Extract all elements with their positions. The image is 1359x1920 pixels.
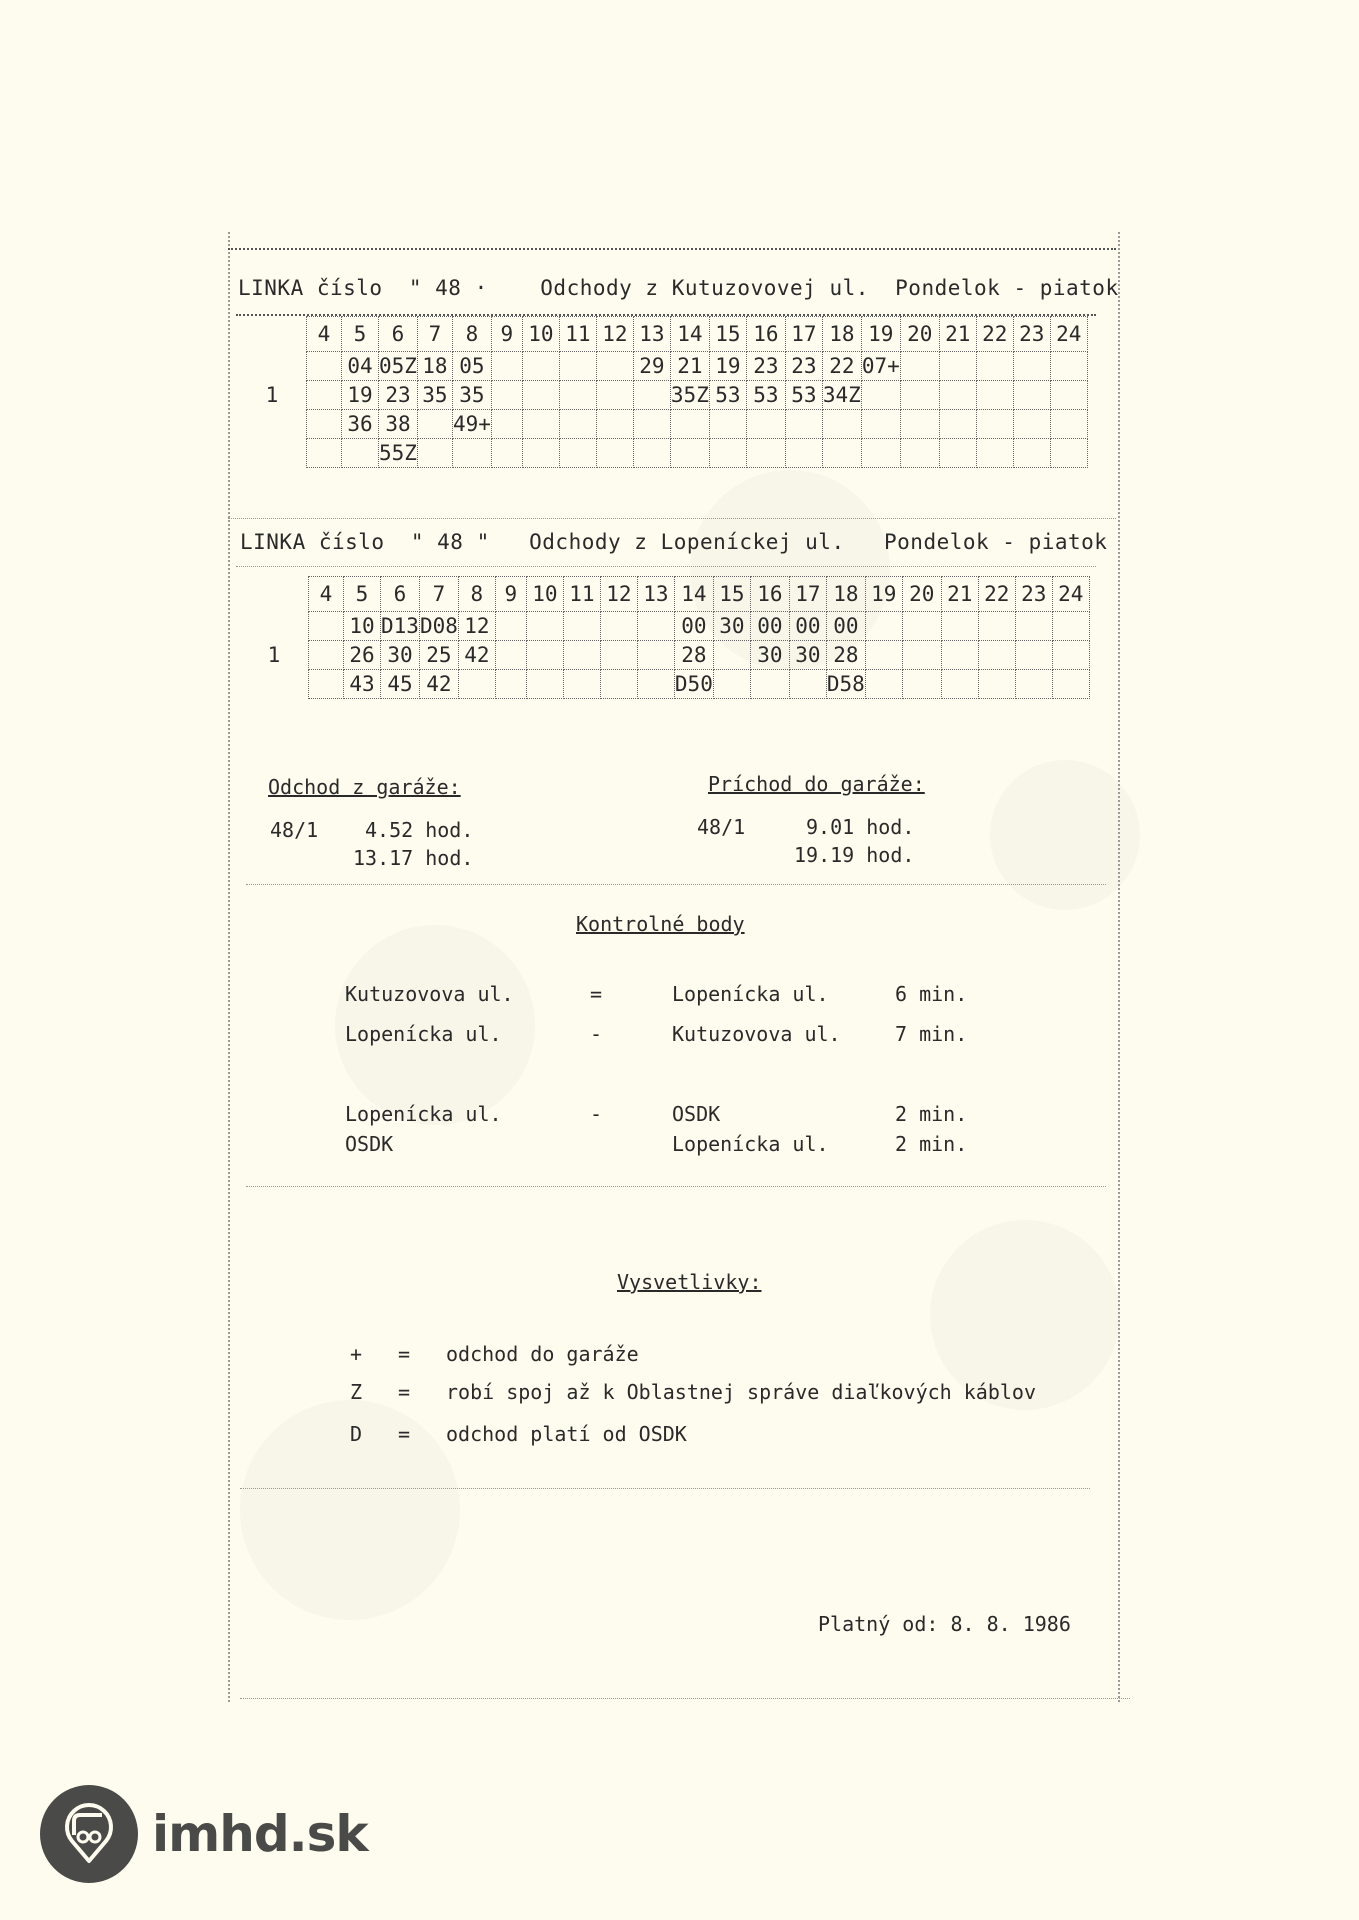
- departure-cell: [902, 670, 941, 699]
- table2-title: LINKA číslo " 48 " Odchody z Lopeníckej …: [240, 530, 1107, 554]
- run-label: [238, 352, 307, 381]
- departure-cell: 53: [746, 381, 785, 410]
- departure-cell: [522, 381, 559, 410]
- departure-cell: 25: [419, 641, 458, 670]
- hour-header: 9: [495, 577, 526, 612]
- hour-header: 5: [344, 577, 381, 612]
- imhd-logo: imhd.sk: [40, 1785, 368, 1883]
- hour-header: 14: [674, 577, 713, 612]
- checkpoint-from: Lopenícka ul.: [345, 1102, 502, 1126]
- departure-cell: 43: [344, 670, 381, 699]
- hour-header: 17: [785, 317, 822, 352]
- departure-cell: [1015, 612, 1052, 641]
- valid-from: Platný od: 8. 8. 1986: [818, 1612, 1071, 1636]
- departure-cell: [785, 439, 822, 468]
- departure-row: 363849+: [238, 410, 1087, 439]
- departure-cell: [746, 439, 785, 468]
- checkpoint-time: 2 min.: [895, 1102, 967, 1126]
- hour-header: 15: [709, 317, 746, 352]
- departure-cell: 05Z: [379, 352, 418, 381]
- departure-cell: 23: [785, 352, 822, 381]
- arrival-line: 48/1: [697, 815, 745, 839]
- departure-cell: [713, 670, 750, 699]
- legend-eq: =: [398, 1422, 410, 1446]
- departure-cell: [491, 381, 522, 410]
- hour-header: 22: [978, 577, 1015, 612]
- hour-header: 6: [381, 577, 420, 612]
- departure-cell: [522, 410, 559, 439]
- hour-header: 7: [419, 577, 458, 612]
- departure-cell: [559, 410, 596, 439]
- departure-cell: [865, 612, 902, 641]
- hour-header: 16: [746, 317, 785, 352]
- hour-header: 18: [822, 317, 861, 352]
- departure-cell: [1015, 641, 1052, 670]
- departure-cell: [861, 381, 900, 410]
- departure-cell: [865, 670, 902, 699]
- hour-header: 4: [307, 317, 342, 352]
- departure-cell: [750, 670, 789, 699]
- hour-header: 15: [713, 577, 750, 612]
- bus-pin-icon: [40, 1785, 138, 1883]
- departure-cell: [785, 410, 822, 439]
- departure-cell: [900, 381, 939, 410]
- departure-cell: [491, 352, 522, 381]
- departure-cell: 30: [381, 641, 420, 670]
- hour-header: 10: [526, 577, 563, 612]
- departure-cell: 35Z: [670, 381, 709, 410]
- departure-cell: 29: [633, 352, 670, 381]
- hour-header: 20: [900, 317, 939, 352]
- departure-cell: 55Z: [379, 439, 418, 468]
- departure-cell: [563, 612, 600, 641]
- departure-cell: [637, 641, 674, 670]
- departure-cell: [491, 410, 522, 439]
- checkpoint-from: OSDK: [345, 1132, 393, 1156]
- legend-text: odchod do garáže: [446, 1342, 639, 1366]
- departure-cell: 26: [344, 641, 381, 670]
- departure-cell: [713, 641, 750, 670]
- departure-cell: 35: [417, 381, 452, 410]
- departure-cell: [1052, 670, 1089, 699]
- departure-cell: [526, 641, 563, 670]
- hour-header: 11: [559, 317, 596, 352]
- run-label: [240, 670, 309, 699]
- departure-cell: [526, 612, 563, 641]
- run-label: 1: [240, 641, 309, 670]
- hour-header: 24: [1050, 317, 1087, 352]
- departure-cell: [939, 410, 976, 439]
- departure-cell: [559, 352, 596, 381]
- checkpoint-from: Kutuzovova ul.: [345, 982, 514, 1006]
- departure-cell: 34Z: [822, 381, 861, 410]
- checkpoints-heading: Kontrolné body: [576, 912, 745, 936]
- departure-cell: [941, 641, 978, 670]
- hour-header: 11: [563, 577, 600, 612]
- departure-cell: [861, 410, 900, 439]
- legend-eq: =: [398, 1380, 410, 1404]
- departure-cell: 30: [789, 641, 826, 670]
- legend-symbol: Z: [350, 1380, 362, 1404]
- checkpoint-sep: -: [590, 1102, 602, 1126]
- departure-cell: [458, 670, 495, 699]
- departure-cell: [600, 670, 637, 699]
- table1-title: LINKA číslo " 48 · Odchody z Kutuzovovej…: [238, 276, 1119, 300]
- checkpoint-to: Kutuzovova ul.: [672, 1022, 841, 1046]
- departure-row: 12630254228303028: [240, 641, 1089, 670]
- departure-cell: [491, 439, 522, 468]
- table1-grid: 456789101112131415161718192021222324 040…: [238, 316, 1088, 468]
- checkpoint-time: 7 min.: [895, 1022, 967, 1046]
- checkpoint-sep: -: [590, 1022, 602, 1046]
- departure-cell: [670, 410, 709, 439]
- departure-cell: [976, 439, 1013, 468]
- departure-cell: [822, 439, 861, 468]
- departure-cell: [633, 439, 670, 468]
- departure-cell: [596, 352, 633, 381]
- checkpoint-time: 6 min.: [895, 982, 967, 1006]
- hour-header: 8: [452, 317, 491, 352]
- departure-cell: [978, 670, 1015, 699]
- hour-header: 7: [417, 317, 452, 352]
- hour-header: 4: [309, 577, 344, 612]
- departure-cell: 04: [342, 352, 379, 381]
- divider: [240, 1488, 1090, 1489]
- departure-cell: 42: [419, 670, 458, 699]
- departure-cell: 30: [713, 612, 750, 641]
- checkpoint-to: Lopenícka ul.: [672, 982, 829, 1006]
- departure-row: 434542D50D58: [240, 670, 1089, 699]
- departure-cell: 10: [344, 612, 381, 641]
- departure-cell: [637, 612, 674, 641]
- departure-cell: [559, 381, 596, 410]
- departure-cell: [559, 439, 596, 468]
- divider: [240, 1698, 1130, 1699]
- hour-header: 9: [491, 317, 522, 352]
- legend-symbol: D: [350, 1422, 362, 1446]
- departure-cell: 28: [674, 641, 713, 670]
- hour-header: 6: [379, 317, 418, 352]
- divider: [246, 884, 1106, 885]
- departure-cell: [522, 439, 559, 468]
- hour-header: 19: [865, 577, 902, 612]
- run-label: [240, 612, 309, 641]
- departure-cell: [1052, 641, 1089, 670]
- departure-cell: [746, 410, 785, 439]
- departure-row: 10D13D08120030000000: [240, 612, 1089, 641]
- divider: [246, 1186, 1106, 1187]
- departure-cell: [342, 439, 379, 468]
- departure-cell: D13: [381, 612, 420, 641]
- departure-cell: [495, 670, 526, 699]
- hour-header: 23: [1015, 577, 1052, 612]
- departure-time: 4.52 hod.: [365, 818, 473, 842]
- arrival-time: 19.19 hod.: [794, 843, 914, 867]
- departure-line: 48/1: [270, 818, 318, 842]
- departure-cell: [902, 612, 941, 641]
- run-label: 1: [238, 381, 307, 410]
- checkpoint-to: OSDK: [672, 1102, 720, 1126]
- departure-cell: [633, 381, 670, 410]
- table2-grid: 456789101112131415161718192021222324 10D…: [240, 576, 1090, 699]
- departure-cell: [939, 439, 976, 468]
- departure-cell: [307, 439, 342, 468]
- checkpoint-from: Lopenícka ul.: [345, 1022, 502, 1046]
- departure-cell: 53: [785, 381, 822, 410]
- departure-cell: [976, 410, 1013, 439]
- departure-cell: [522, 352, 559, 381]
- departure-cell: [900, 439, 939, 468]
- brand-name: imhd.sk: [152, 1805, 368, 1863]
- departure-cell: [976, 352, 1013, 381]
- hour-header: 17: [789, 577, 826, 612]
- hour-header: 8: [458, 577, 495, 612]
- departure-cell: 35: [452, 381, 491, 410]
- hour-header: 14: [670, 317, 709, 352]
- departure-cell: D50: [674, 670, 713, 699]
- divider: [236, 566, 1096, 567]
- hour-header: 12: [600, 577, 637, 612]
- departure-cell: 42: [458, 641, 495, 670]
- departure-cell: 19: [342, 381, 379, 410]
- departure-cell: 12: [458, 612, 495, 641]
- arrival-heading: Príchod do garáže:: [708, 772, 925, 796]
- departure-cell: [902, 641, 941, 670]
- departure-row: 55Z: [238, 439, 1087, 468]
- departure-cell: [309, 670, 344, 699]
- departure-cell: [1013, 439, 1050, 468]
- departure-cell: 22: [822, 352, 861, 381]
- departure-cell: [822, 410, 861, 439]
- departure-row: 11923353535Z53535334Z: [238, 381, 1087, 410]
- departure-cell: 19: [709, 352, 746, 381]
- departure-cell: [596, 439, 633, 468]
- run-label: [238, 410, 307, 439]
- departure-cell: [307, 410, 342, 439]
- hour-header: 21: [939, 317, 976, 352]
- departure-cell: 00: [750, 612, 789, 641]
- checkpoint-sep: =: [590, 982, 602, 1006]
- checkpoint-time: 2 min.: [895, 1132, 967, 1156]
- departure-cell: 38: [379, 410, 418, 439]
- hour-header: 16: [750, 577, 789, 612]
- hour-header: 5: [342, 317, 379, 352]
- departure-cell: 18: [417, 352, 452, 381]
- departure-cell: [309, 612, 344, 641]
- departure-cell: [1050, 381, 1087, 410]
- departure-cell: [637, 670, 674, 699]
- departure-cell: 28: [826, 641, 865, 670]
- hour-header: 21: [941, 577, 978, 612]
- departure-cell: 07+: [861, 352, 900, 381]
- departure-cell: 05: [452, 352, 491, 381]
- hour-header: 19: [861, 317, 900, 352]
- departure-cell: [939, 352, 976, 381]
- departure-cell: [596, 410, 633, 439]
- departure-cell: [563, 641, 600, 670]
- departure-cell: [941, 670, 978, 699]
- divider: [228, 248, 1116, 250]
- departure-cell: 21: [670, 352, 709, 381]
- legend-text: odchod platí od OSDK: [446, 1422, 687, 1446]
- departure-time: 13.17 hod.: [353, 846, 473, 870]
- checkpoint-to: Lopenícka ul.: [672, 1132, 829, 1156]
- departure-cell: [670, 439, 709, 468]
- departure-cell: [495, 612, 526, 641]
- departure-cell: [633, 410, 670, 439]
- hour-header: 13: [633, 317, 670, 352]
- departure-cell: 45: [381, 670, 420, 699]
- arrival-time: 9.01 hod.: [806, 815, 914, 839]
- legend-heading: Vysvetlivky:: [617, 1270, 762, 1294]
- run-label: [238, 439, 307, 468]
- departure-cell: [900, 352, 939, 381]
- departure-cell: [563, 670, 600, 699]
- departure-cell: [600, 612, 637, 641]
- departure-cell: [709, 439, 746, 468]
- departure-row: 0405Z180529211923232207+: [238, 352, 1087, 381]
- divider: [228, 518, 1116, 519]
- departure-cell: [596, 381, 633, 410]
- hour-header: 12: [596, 317, 633, 352]
- departure-heading: Odchod z garáže:: [268, 775, 461, 799]
- hour-header: 13: [637, 577, 674, 612]
- departure-cell: [861, 439, 900, 468]
- departure-cell: [865, 641, 902, 670]
- departure-cell: [452, 439, 491, 468]
- departure-cell: [941, 612, 978, 641]
- departure-cell: 00: [826, 612, 865, 641]
- hours-row: 456789101112131415161718192021222324: [240, 577, 1089, 612]
- hour-header: 10: [522, 317, 559, 352]
- hours-row: 456789101112131415161718192021222324: [238, 317, 1087, 352]
- departure-cell: [526, 670, 563, 699]
- departure-cell: [709, 410, 746, 439]
- departure-cell: [978, 641, 1015, 670]
- departure-cell: [417, 410, 452, 439]
- hour-header: 24: [1052, 577, 1089, 612]
- departure-cell: [1050, 439, 1087, 468]
- departure-cell: [495, 641, 526, 670]
- hour-header: 18: [826, 577, 865, 612]
- departure-cell: [1052, 612, 1089, 641]
- departure-cell: 30: [750, 641, 789, 670]
- departure-cell: 49+: [452, 410, 491, 439]
- departure-cell: [309, 641, 344, 670]
- departure-cell: [900, 410, 939, 439]
- legend-text: robí spoj až k Oblastnej správe diaľkový…: [446, 1380, 1036, 1404]
- departure-cell: [976, 381, 1013, 410]
- departure-cell: D58: [826, 670, 865, 699]
- hour-header: 22: [976, 317, 1013, 352]
- departure-cell: 00: [674, 612, 713, 641]
- departure-cell: [1050, 352, 1087, 381]
- departure-cell: [1013, 410, 1050, 439]
- departure-cell: [978, 612, 1015, 641]
- hour-header: 20: [902, 577, 941, 612]
- departure-cell: 23: [379, 381, 418, 410]
- departure-cell: [1050, 410, 1087, 439]
- departure-cell: [307, 352, 342, 381]
- departure-cell: 00: [789, 612, 826, 641]
- departure-cell: 53: [709, 381, 746, 410]
- hour-header: 23: [1013, 317, 1050, 352]
- departure-cell: [600, 641, 637, 670]
- departure-cell: [417, 439, 452, 468]
- departure-cell: [1013, 352, 1050, 381]
- departure-cell: [307, 381, 342, 410]
- departure-cell: D08: [419, 612, 458, 641]
- departure-cell: 36: [342, 410, 379, 439]
- legend-symbol: +: [350, 1342, 362, 1366]
- departure-cell: 23: [746, 352, 785, 381]
- departure-cell: [1015, 670, 1052, 699]
- departure-cell: [939, 381, 976, 410]
- departure-cell: [1013, 381, 1050, 410]
- departure-cell: [789, 670, 826, 699]
- legend-eq: =: [398, 1342, 410, 1366]
